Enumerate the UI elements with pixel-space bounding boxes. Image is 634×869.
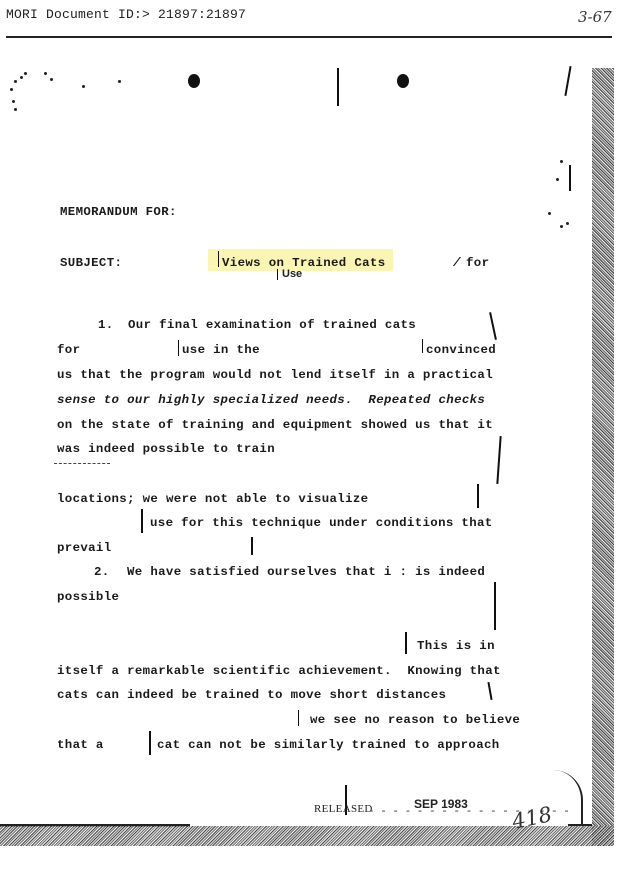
paragraph-number: 1. bbox=[98, 318, 114, 332]
paragraph-number: 2. bbox=[94, 565, 110, 579]
subject-for: for bbox=[466, 256, 489, 270]
subject-use: Use bbox=[282, 268, 302, 280]
scan-border-right bbox=[592, 68, 614, 846]
punch-hole-mark bbox=[188, 74, 200, 88]
redaction-bar bbox=[337, 68, 339, 106]
stamp-curve bbox=[553, 770, 583, 826]
subject-title: Views on Trained Cats bbox=[222, 256, 386, 270]
memorandum-for-label: MEMORANDUM FOR: bbox=[60, 205, 177, 219]
punch-hole-mark bbox=[397, 74, 409, 88]
released-label: RELEASED bbox=[314, 803, 373, 815]
page-mark: 3-67 bbox=[578, 8, 612, 26]
document-id: MORI Document ID:> 21897:21897 bbox=[6, 7, 246, 22]
header-rule bbox=[6, 36, 612, 38]
release-date: SEP 1983 bbox=[414, 797, 468, 811]
subject-slash: / bbox=[453, 256, 461, 270]
subject-label: SUBJECT: bbox=[60, 256, 122, 270]
